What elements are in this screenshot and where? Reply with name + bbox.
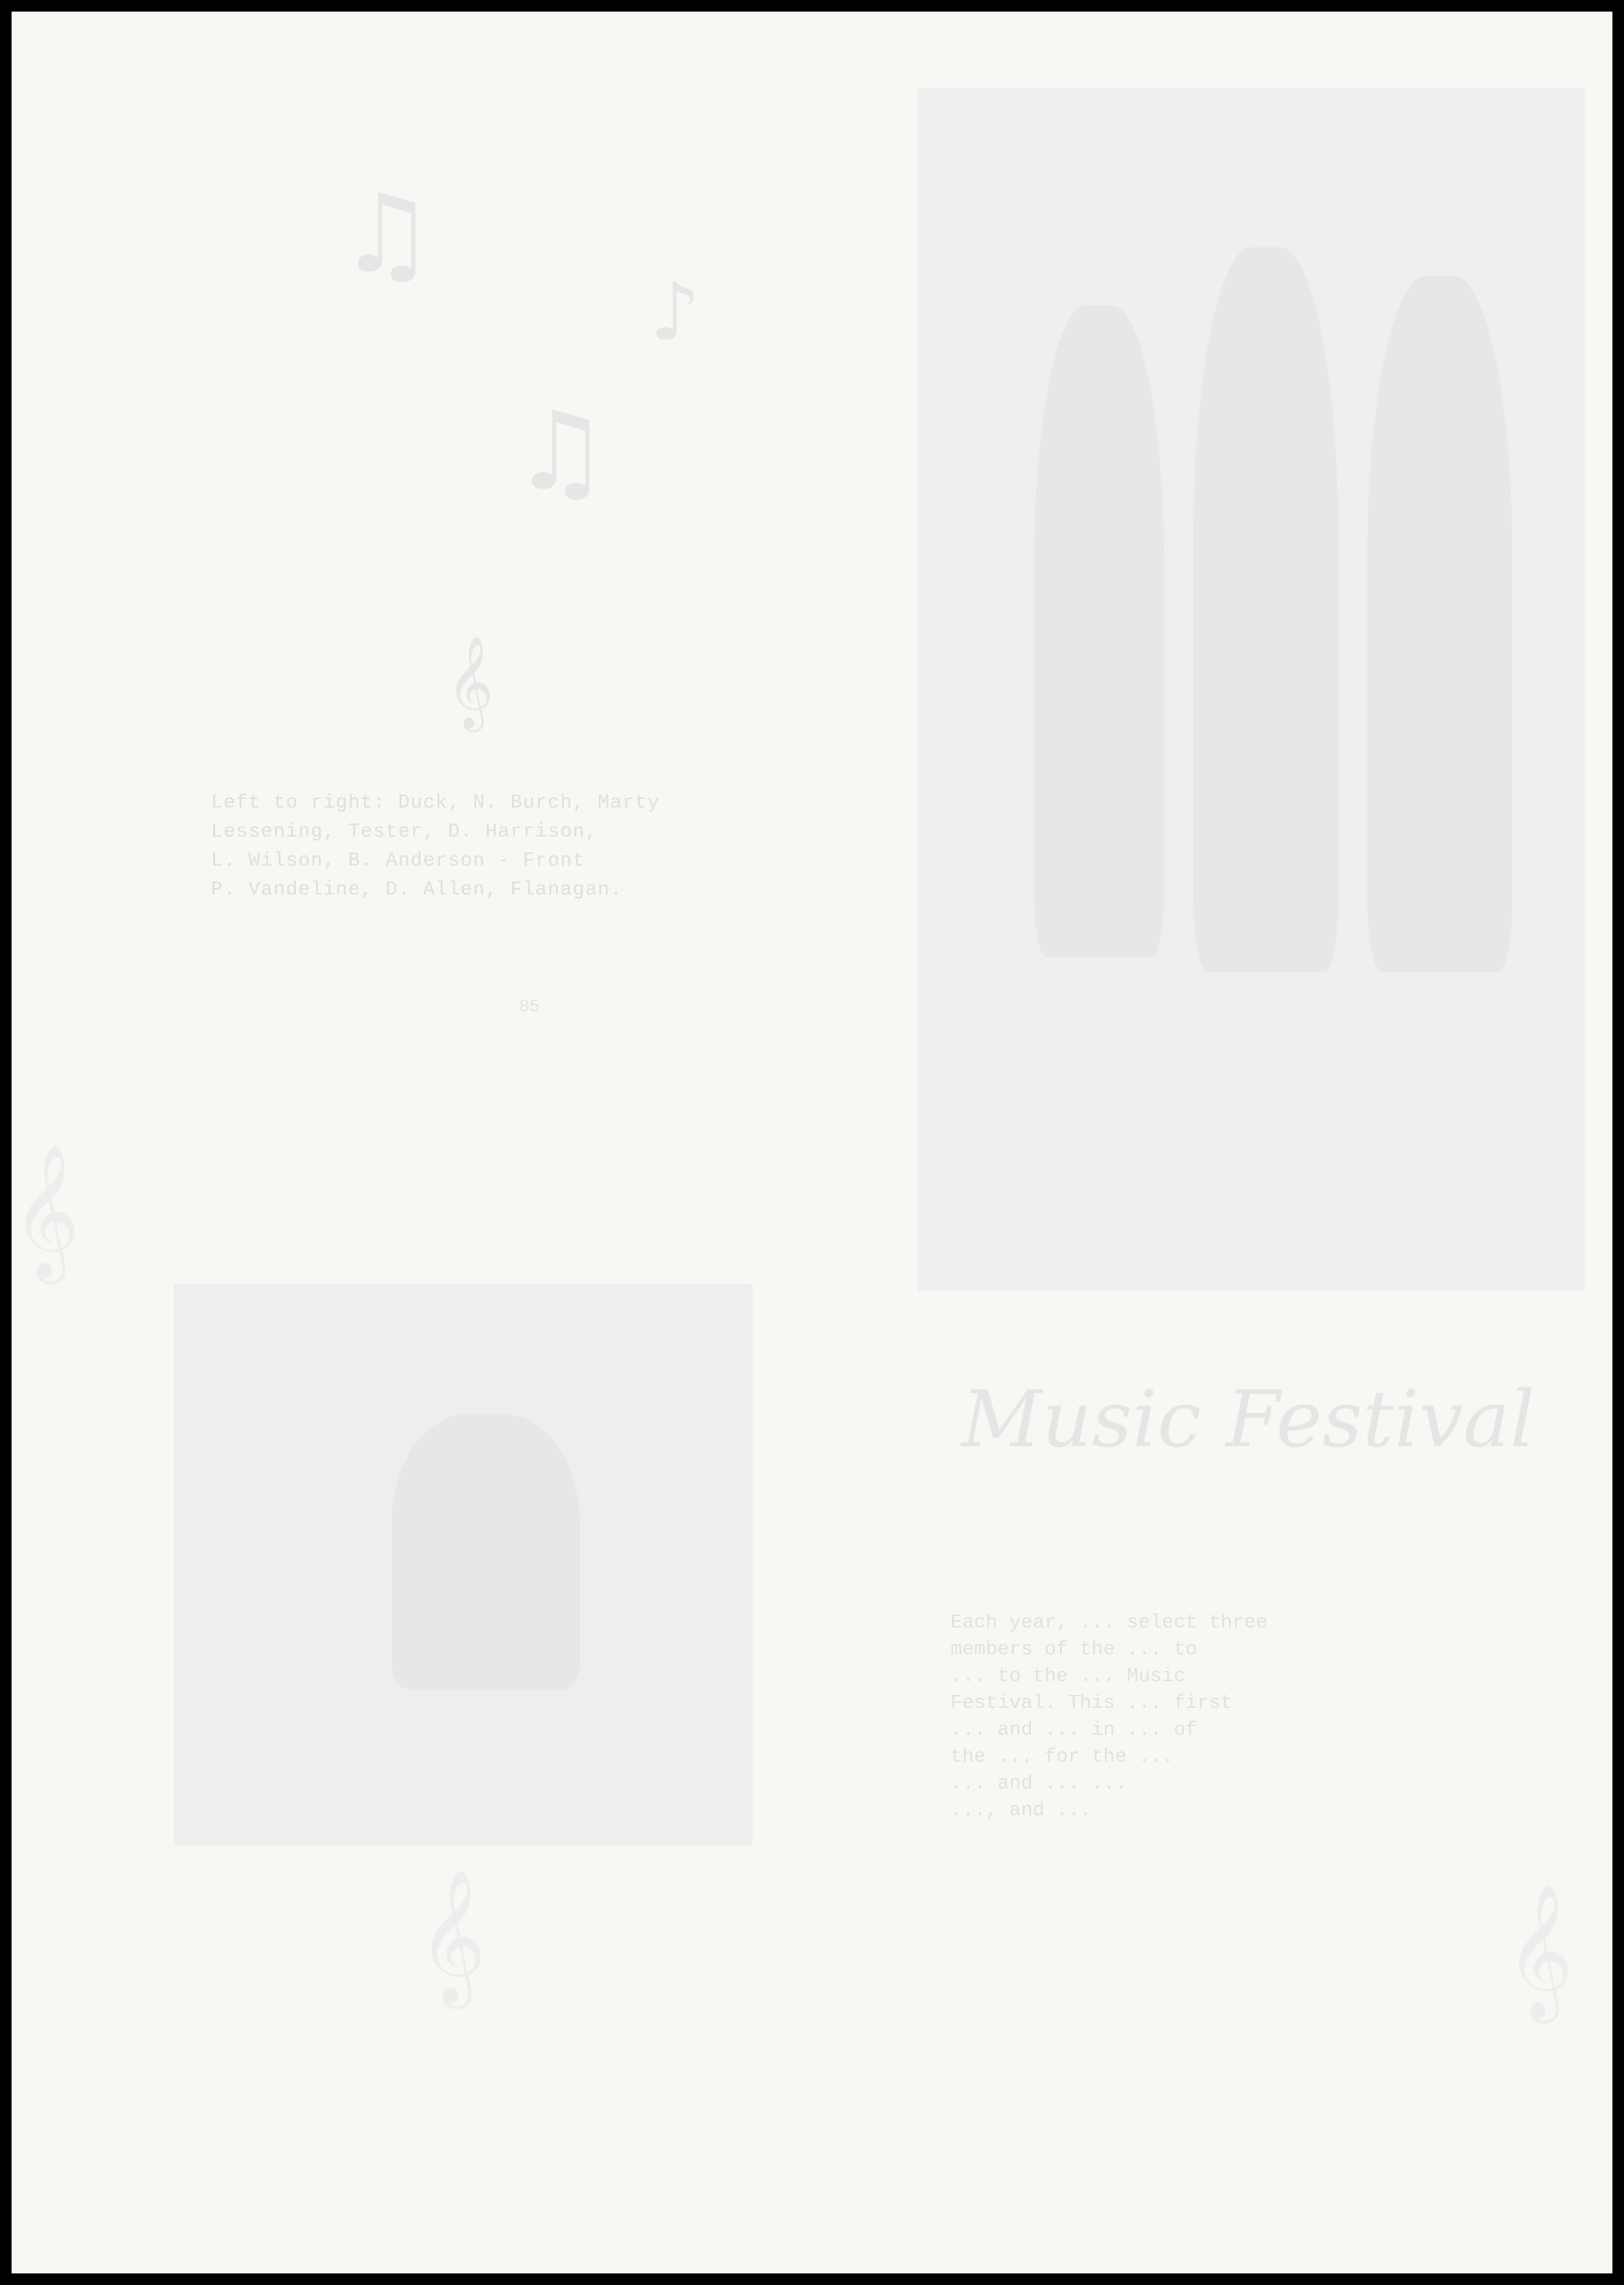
yearbook-page: ♫ ♫ ♪ 𝄞 Left to right: Duck, N. Burch, M… — [12, 12, 1612, 2273]
photo-caption: Left to right: Duck, N. Burch, Marty Les… — [211, 789, 907, 905]
treble-clef-doodle-icon: 𝄞 — [1505, 1882, 1574, 2019]
page-number: 85 — [519, 998, 540, 1017]
music-note-icon: ♫ — [338, 171, 435, 297]
group-photo-left — [174, 1284, 753, 1846]
paragraph-line: Festival. This ... first — [950, 1691, 1588, 1717]
group-photo-right — [918, 88, 1585, 1291]
paragraph-line: the ... for the ... — [950, 1744, 1588, 1771]
caption-line: L. Wilson, B. Anderson - Front — [211, 847, 907, 876]
music-note-icon: ♪ — [650, 265, 700, 358]
treble-clef-doodle-icon: 𝄞 — [418, 1867, 486, 2004]
paragraph-line: ... to the ... Music — [950, 1664, 1588, 1691]
paragraph-line: ..., and ... — [950, 1798, 1588, 1825]
caption-line: Lessening, Tester, D. Harrison, — [211, 818, 907, 847]
music-note-icon: ♫ — [512, 389, 609, 515]
section-heading: Music Festival — [961, 1374, 1535, 1465]
treble-clef-doodle-icon: 𝄞 — [12, 1142, 80, 1280]
caption-line: Left to right: Duck, N. Burch, Marty — [211, 789, 907, 818]
paragraph-line: Each year, ... select three — [950, 1610, 1588, 1637]
treble-clef-icon: 𝄞 — [447, 635, 494, 729]
paragraph-line: members of the ... to — [950, 1637, 1588, 1664]
caption-line: P. Vandeline, D. Allen, Flanagan. — [211, 876, 907, 905]
music-notes-decoration: ♫ ♫ ♪ 𝄞 — [273, 84, 896, 722]
paragraph-line: ... and ... ... — [950, 1771, 1588, 1798]
body-paragraph: Each year, ... select three members of t… — [950, 1610, 1588, 1825]
paragraph-line: ... and ... in ... of — [950, 1717, 1588, 1744]
